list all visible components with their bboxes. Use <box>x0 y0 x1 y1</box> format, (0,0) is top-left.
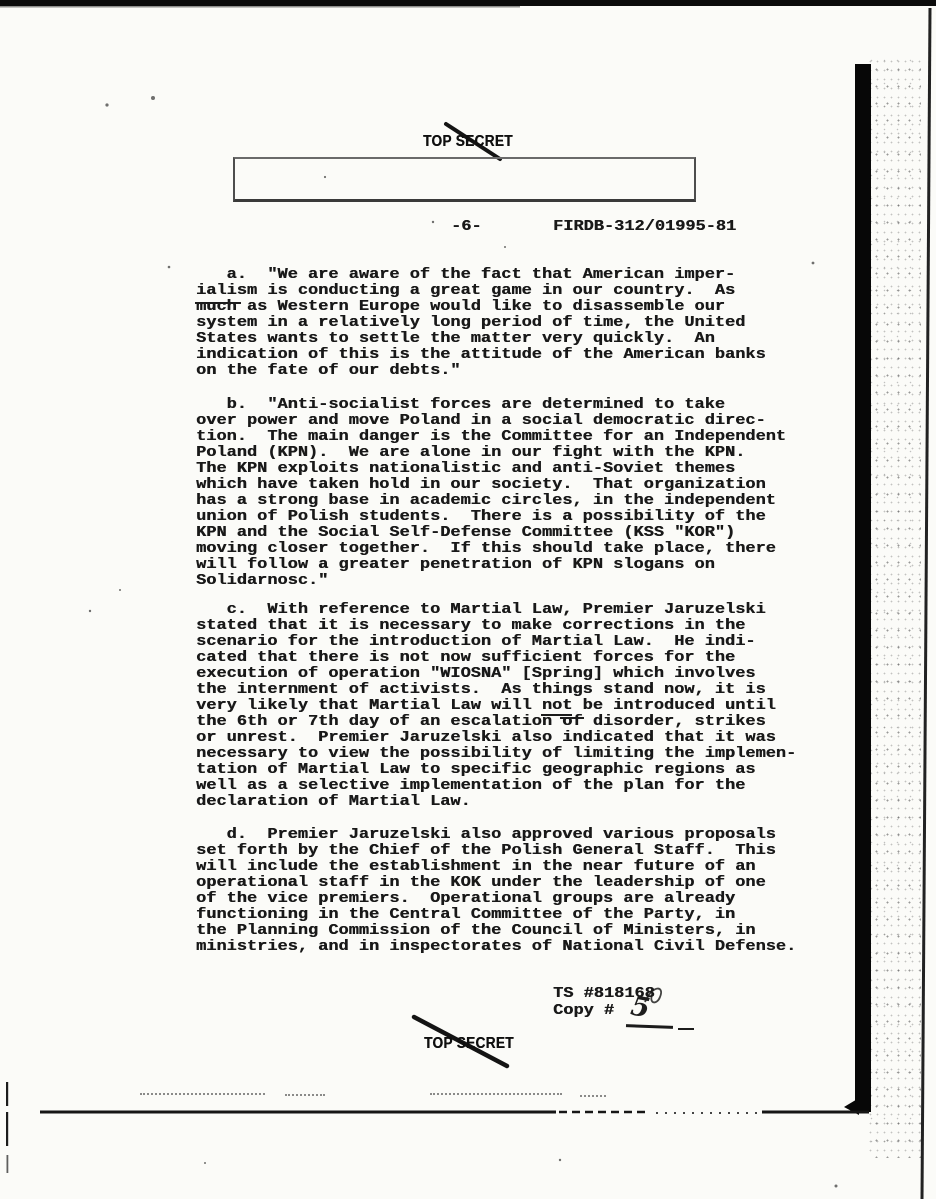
paragraph-c: c. With reference to Martial Law, Premie… <box>196 602 796 810</box>
scan-dot-row <box>430 1093 562 1095</box>
top-edge-line-shadow <box>0 6 520 8</box>
overline-mark-much <box>195 302 241 304</box>
scan-dot-row <box>140 1093 265 1095</box>
copy-number-underline-short <box>678 1028 694 1030</box>
left-margin-dash-1 <box>6 1082 8 1106</box>
right-edge-line <box>922 8 930 1199</box>
paragraph-a: a. "We are aware of the fact that Americ… <box>196 267 766 379</box>
paragraph-b: b. "Anti-socialist forces are determined… <box>196 397 786 589</box>
scan-dot-row <box>580 1095 606 1097</box>
scanned-document-page: TOP SECRET -6- FIRDB-312/01995-81 a. "We… <box>0 0 936 1199</box>
page-number: -6- <box>451 219 482 235</box>
handwritten-copy-number: 5 <box>629 993 652 1023</box>
underline-mark-not <box>541 714 572 716</box>
top-edge-line <box>0 0 936 6</box>
classification-stamp-bottom: TOP SECRET <box>424 1037 514 1051</box>
overline-mark-of <box>560 717 584 719</box>
document-reference: FIRDB-312/01995-81 <box>553 219 736 235</box>
redaction-box <box>233 157 696 202</box>
left-margin-dash-2 <box>6 1112 8 1146</box>
scan-noise-right-margin <box>869 58 921 1158</box>
scan-dot-row <box>285 1094 325 1096</box>
left-margin-dash-3 <box>7 1155 9 1173</box>
copy-number-underline <box>626 1024 673 1028</box>
copy-number-label: Copy # <box>553 1003 614 1019</box>
classification-stamp-top: TOP SECRET <box>423 135 513 149</box>
paragraph-d: d. Premier Jaruzelski also approved vari… <box>196 827 796 955</box>
scan-bar-foot-tick <box>844 1098 859 1115</box>
